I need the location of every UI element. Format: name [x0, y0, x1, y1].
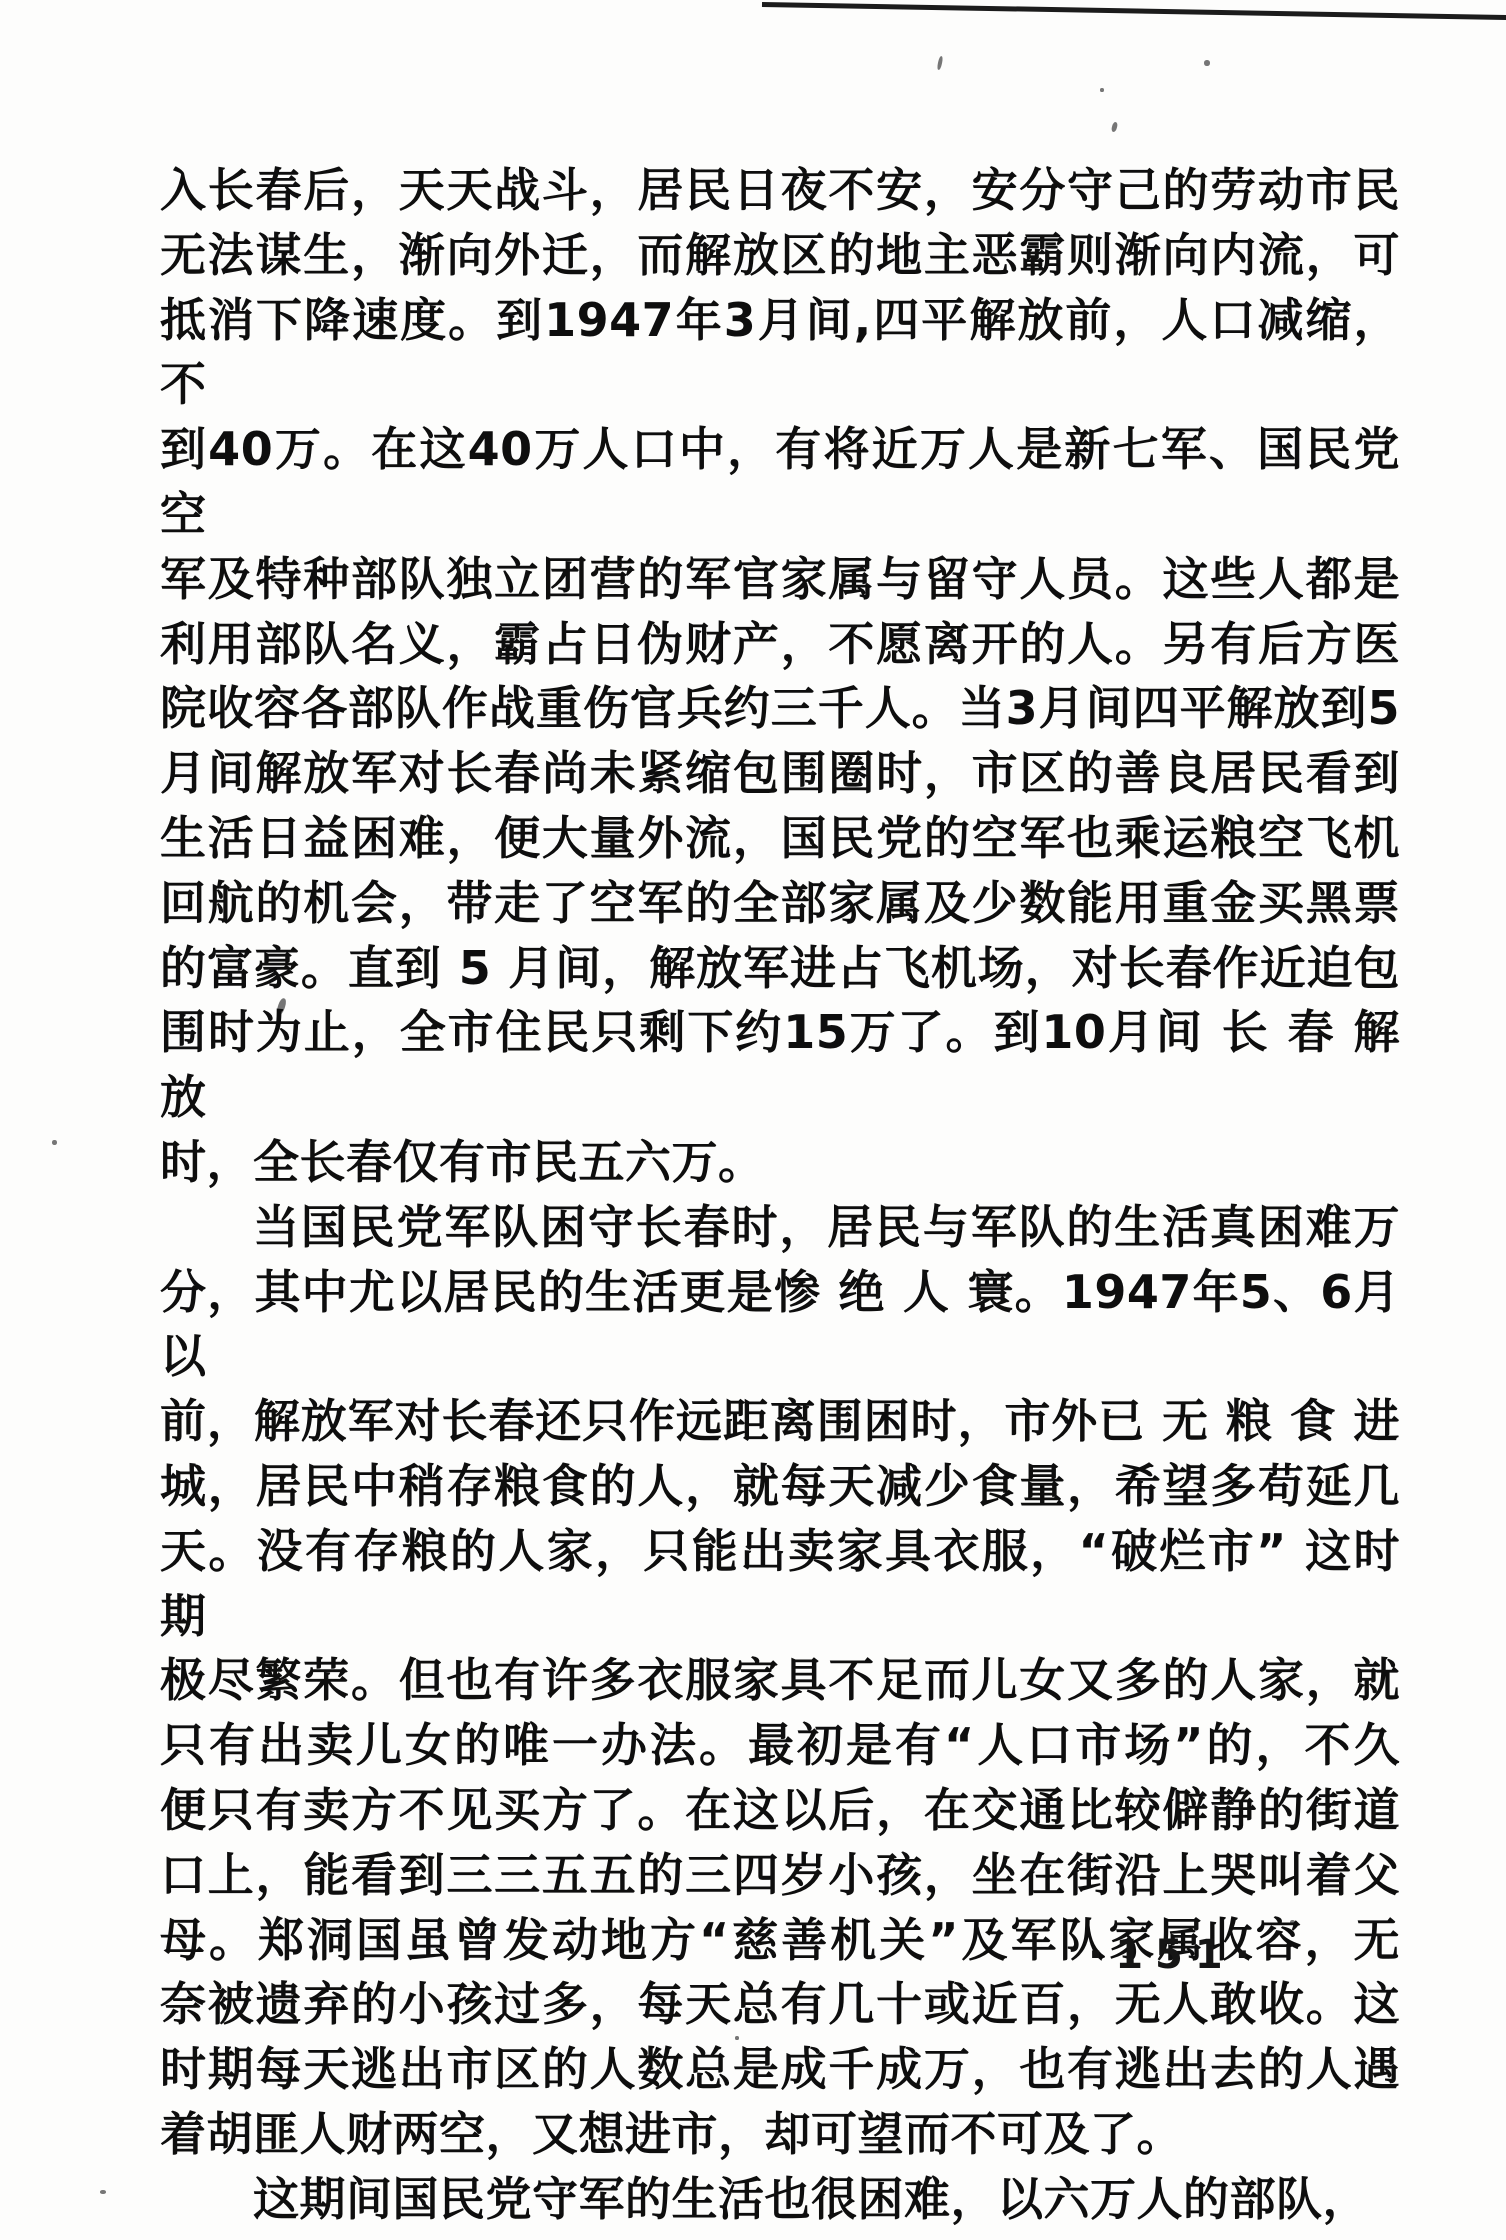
text-line-p1-6: 利用部队名义，霸占日伪财产，不愿离开的人。另有后方医 [160, 612, 1400, 677]
text-line-p1-5: 军及特种部队独立团营的军官家属与留守人员。这些人都是 [160, 547, 1400, 612]
scan-speck [1100, 88, 1104, 92]
scan-speck [937, 56, 944, 71]
scan-speck [52, 1140, 57, 1145]
text-line-p2-3: 前，解放军对长春还只作远距离围困时，市外已 无 粮 食 进 [160, 1389, 1400, 1454]
text-line-p2-12: 时期每天逃出市区的人数总是成千成万，也有逃出去的人遇 [160, 2037, 1400, 2102]
scan-edge-line-artifact [762, 2, 1506, 20]
text-line-p3-1: 这期间国民党守军的生活也很困难，以六万人的部队， [160, 2167, 1400, 2232]
scan-speck [100, 2190, 106, 2194]
text-line-p1-1: 入长春后，天天战斗，居民日夜不安，安分守己的劳动市民 [160, 158, 1400, 223]
text-line-p1-7: 院收容各部队作战重伤官兵约三千人。当3月间四平解放到5 [160, 676, 1400, 741]
text-line-p1-10: 回航的机会，带走了空军的全部家属及少数能用重金买黑票 [160, 871, 1400, 936]
text-line-p1-12: 围时为止，全市住民只剩下约15万了。到10月间 长 春 解 放 [160, 1000, 1400, 1130]
text-line-p2-11: 奈被遗弃的小孩过多，每天总有几十或近百，无人敢收。这 [160, 1972, 1400, 2037]
text-line-p2-6: 极尽繁荣。但也有许多衣服家具不足而儿女又多的人家，就 [160, 1648, 1400, 1713]
text-line-p2-7: 只有出卖儿女的唯一办法。最初是有“人口市场”的，不久 [160, 1713, 1400, 1778]
text-line-p2-8: 便只有卖方不见买方了。在这以后，在交通比较僻静的街道 [160, 1778, 1400, 1843]
scan-speck [1204, 60, 1210, 66]
page-number: ·151· [1088, 1932, 1262, 1978]
text-line-p2-4: 城，居民中稍存粮食的人，就每天减少食量，希望多苟延几 [160, 1454, 1400, 1519]
text-line-p1-4: 到40万。在这40万人口中，有将近万人是新七军、国民党空 [160, 417, 1400, 547]
scan-speck [1111, 122, 1118, 133]
text-line-p1-8: 月间解放军对长春尚未紧缩包围圈时，市区的善良居民看到 [160, 741, 1400, 806]
text-line-p1-2: 无法谋生，渐向外迁，而解放区的地主恶霸则渐向内流，可 [160, 223, 1400, 288]
text-line-p1-9: 生活日益困难，便大量外流，国民党的空军也乘运粮空飞机 [160, 806, 1400, 871]
text-line-p2-9: 口上，能看到三三五五的三四岁小孩，坐在街沿上哭叫着父 [160, 1843, 1400, 1908]
text-line-p2-13: 着胡匪人财两空，又想进市，却可望而不可及了。 [160, 2102, 1400, 2167]
text-line-p2-1: 当国民党军队困守长春时，居民与军队的生活真困难万 [160, 1195, 1400, 1260]
scanned-book-page: 入长春后，天天战斗，居民日夜不安，安分守己的劳动市民无法谋生，渐向外迁，而解放区… [0, 0, 1506, 2240]
text-block: 入长春后，天天战斗，居民日夜不安，安分守己的劳动市民无法谋生，渐向外迁，而解放区… [160, 158, 1400, 2232]
text-line-p1-3: 抵消下降速度。到1947年3月间,四平解放前，人口减缩，不 [160, 288, 1400, 418]
text-line-p2-5: 天。没有存粮的人家，只能出卖家具衣服，“破烂市” 这时期 [160, 1519, 1400, 1649]
text-line-p1-11: 的富豪。直到 5 月间，解放军进占飞机场，对长春作近迫包 [160, 936, 1400, 1001]
text-line-p1-13: 时，全长春仅有市民五六万。 [160, 1130, 1400, 1195]
text-line-p2-2: 分，其中尤以居民的生活更是惨 绝 人 寰。1947年5、6月 以 [160, 1260, 1400, 1390]
